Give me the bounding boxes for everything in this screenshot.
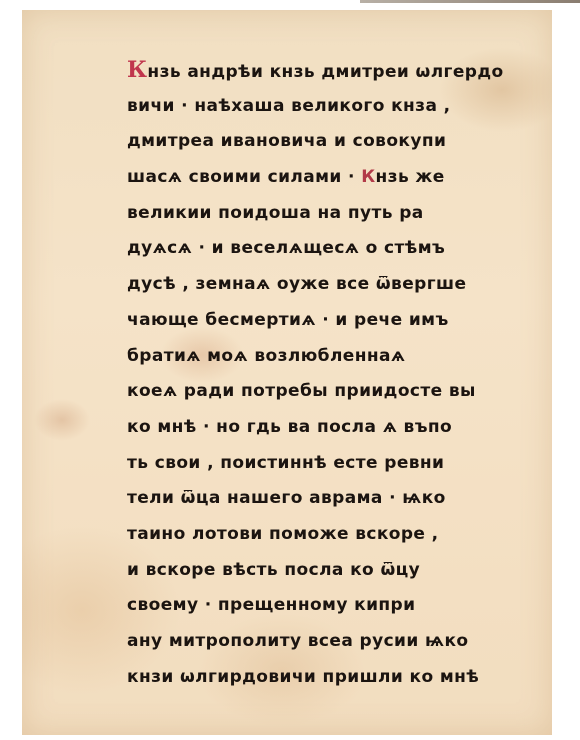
manuscript-page: Кнзь андрѣи кнзь дмитреи ѡлгердо вичи · … xyxy=(22,10,552,735)
text-line-10: коеѧ ради потребы приидосте вы xyxy=(127,374,557,410)
text-line-17: ану митрополиту всеа русии ѩко xyxy=(127,624,557,660)
text-line-18: кнзи ѡлгирдовичи пришли ко мнѣ xyxy=(127,660,557,696)
text-line-16: своему · прещенному кипри xyxy=(127,588,557,624)
text-line-2: вичи · наѣхаша великого кнза , xyxy=(127,89,557,125)
scan-edge-shadow xyxy=(360,0,580,3)
manuscript-text-block: Кнзь андрѣи кнзь дмитреи ѡлгердо вичи · … xyxy=(127,53,557,695)
text-line-12: ть свои , поистиннѣ есте ревни xyxy=(127,446,557,482)
text-line-5: великии поидоша на путь ра xyxy=(127,196,557,232)
text-line-15: и вскоре вѣсть посла ко ѿцу xyxy=(127,553,557,589)
text-line-14: таино лотови поможе вскоре , xyxy=(127,517,557,553)
text-line-4: шасѧ своими силами · Кнзь же xyxy=(127,160,557,196)
text-line-11: ко мнѣ · но гдь ва посла ѧ въпо xyxy=(127,410,557,446)
text-line-7: дусѣ , земнаѧ оуже все ѿвергше xyxy=(127,267,557,303)
text-line-3: дмитреа ивановича и совокупи xyxy=(127,124,557,160)
rubricated-initial: К xyxy=(127,57,147,83)
text-line-1: Кнзь андрѣи кнзь дмитреи ѡлгердо xyxy=(127,53,557,89)
rubricated-initial-inline: К xyxy=(361,167,375,187)
text-line-6: дуѧсѧ · и веселѧщесѧ о стѣмъ xyxy=(127,231,557,267)
text-line-8: чающе бесмертиѧ · и рече имъ xyxy=(127,303,557,339)
text-line-9: братиѧ моѧ возлюбленнаѧ xyxy=(127,339,557,375)
text-line-13: тели ѿца нашего аврама · ѩко xyxy=(127,481,557,517)
